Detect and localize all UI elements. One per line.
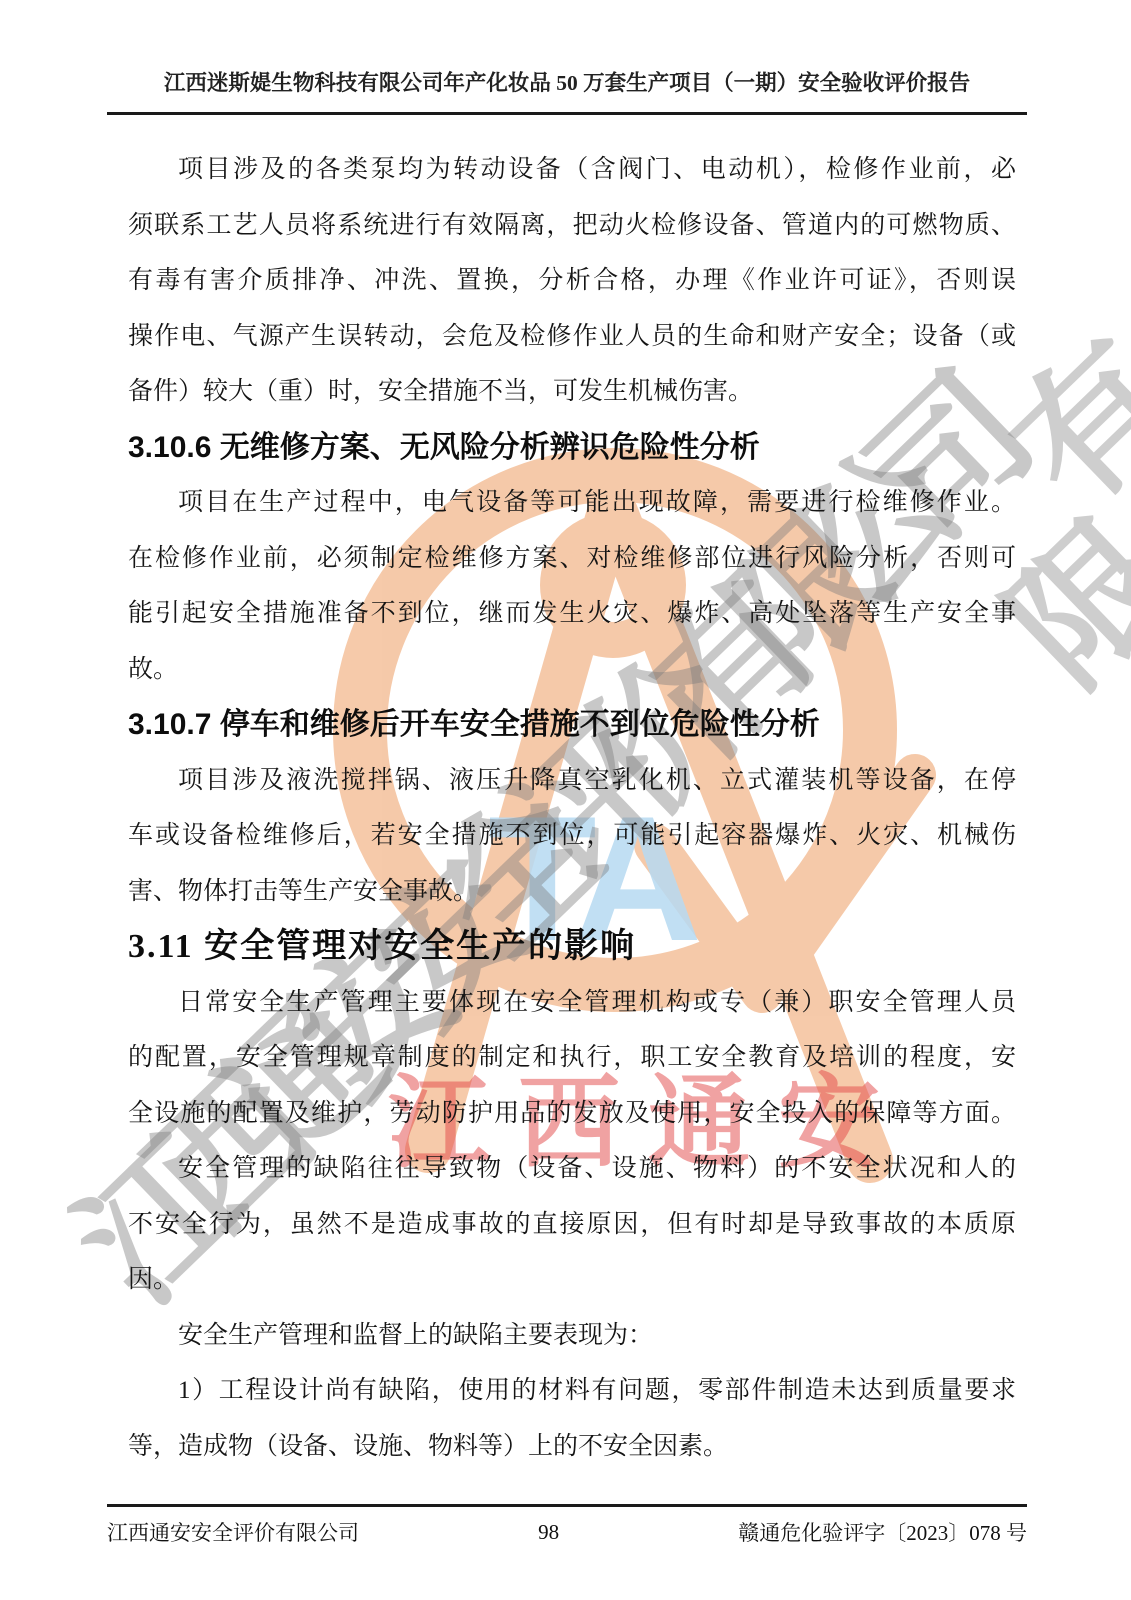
paragraph-line: 因。 <box>128 1252 1016 1308</box>
paragraph-line: 备件）较大（重）时，安全措施不当，可发生机械伤害。 <box>128 364 1016 420</box>
paragraph-line: 操作电、气源产生误转动，会危及检修作业人员的生命和财产安全；设备（或 <box>128 309 1016 365</box>
paragraph-line: 等，造成物（设备、设施、物料等）上的不安全因素。 <box>128 1419 1016 1475</box>
page-header-title: 江西迷斯媞生物科技有限公司年产化妆品 50 万套生产项目（一期）安全验收评价报告 <box>107 66 1027 97</box>
paragraph-line: 项目在生产过程中，电气设备等可能出现故障，需要进行检维修作业。 <box>128 475 1016 531</box>
section-heading-3-11: 3.11 安全管理对安全生产的影响 <box>128 919 1016 975</box>
paragraph-line: 安全生产管理和监督上的缺陷主要表现为： <box>128 1308 1016 1364</box>
paragraph-line: 须联系工艺人员将系统进行有效隔离，把动火检修设备、管道内的可燃物质、 <box>128 198 1016 254</box>
page-footer: 江西通安安全评价有限公司 98 赣通危化验评字〔2023〕078 号 <box>107 1504 1027 1547</box>
document-body: 项目涉及的各类泵均为转动设备（含阀门、电动机），检修作业前，必 须联系工艺人员将… <box>128 142 1016 1474</box>
paragraph-line: 的配置，安全管理规章制度的制定和执行，职工安全教育及培训的程度，安 <box>128 1030 1016 1086</box>
paragraph-line: 有毒有害介质排净、冲洗、置换，分析合格，办理《作业许可证》，否则误 <box>128 253 1016 309</box>
paragraph-line: 1）工程设计尚有缺陷，使用的材料有问题，零部件制造未达到质量要求 <box>128 1363 1016 1419</box>
paragraph-line: 车或设备检维修后，若安全措施不到位，可能引起容器爆炸、火灾、机械伤 <box>128 808 1016 864</box>
paragraph-line: 害、物体打击等生产安全事故。 <box>128 864 1016 920</box>
paragraph-line: 项目涉及的各类泵均为转动设备（含阀门、电动机），检修作业前，必 <box>128 142 1016 198</box>
header-rule <box>107 112 1027 115</box>
paragraph-line: 故。 <box>128 642 1016 698</box>
paragraph-line: 在检修作业前，必须制定检维修方案、对检维修部位进行风险分析，否则可 <box>128 531 1016 587</box>
footer-doc-number: 赣通危化验评字〔2023〕078 号 <box>738 1517 1027 1547</box>
paragraph-line: 不安全行为，虽然不是造成事故的直接原因，但有时却是导致事故的本质原 <box>128 1197 1016 1253</box>
paragraph-line: 全设施的配置及维护，劳动防护用品的发放及使用，安全投入的保障等方面。 <box>128 1086 1016 1142</box>
footer-company: 江西通安安全评价有限公司 <box>107 1517 359 1547</box>
paragraph-line: 安全管理的缺陷往往导致物（设备、设施、物料）的不安全状况和人的 <box>128 1141 1016 1197</box>
footer-page-number: 98 <box>538 1520 559 1545</box>
section-heading-3-10-6: 3.10.6 无维修方案、无风险分析辨识危险性分析 <box>128 420 1016 476</box>
paragraph-line: 日常安全生产管理主要体现在安全管理机构或专（兼）职安全管理人员 <box>128 975 1016 1031</box>
section-heading-3-10-7: 3.10.7 停车和维修后开车安全措施不到位危险性分析 <box>128 697 1016 753</box>
paragraph-line: 项目涉及液洗搅拌锅、液压升降真空乳化机、立式灌装机等设备，在停 <box>128 753 1016 809</box>
document-page: { "header": { "title": "江西迷斯媞生物科技有限公司年产化… <box>0 0 1131 1600</box>
paragraph-line: 能引起安全措施准备不到位，继而发生火灾、爆炸、高处坠落等生产安全事 <box>128 586 1016 642</box>
